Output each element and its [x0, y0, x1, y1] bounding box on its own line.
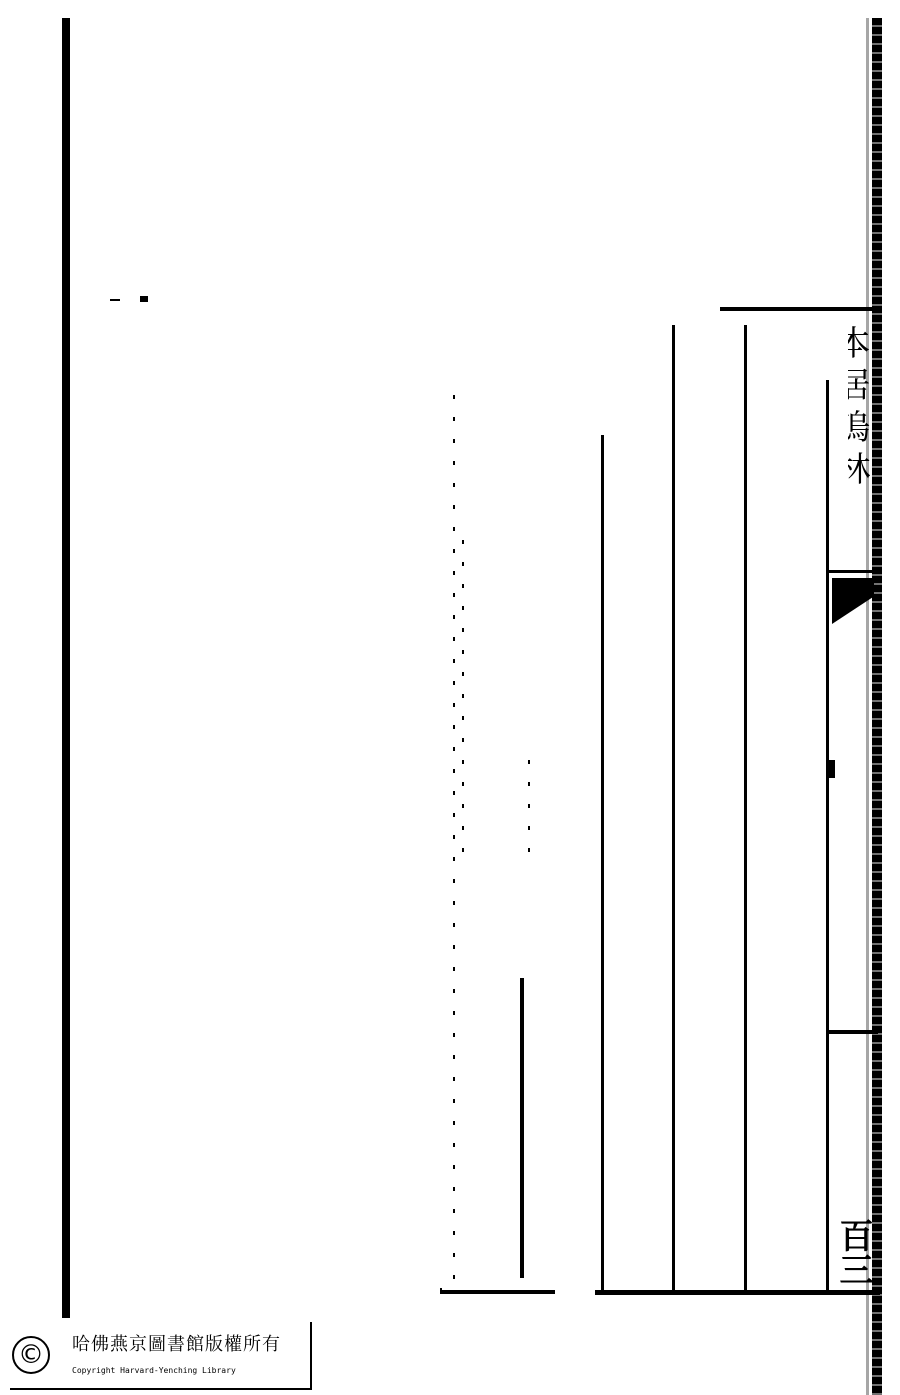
center-column-rule: [826, 380, 829, 1290]
column-rule: [672, 325, 675, 1290]
ink-speck: [440, 1288, 442, 1290]
column-rule: [520, 978, 524, 1278]
page-number: 百三: [826, 1218, 872, 1286]
frame-bottom-rule-left: [440, 1290, 555, 1294]
book-spine-shadow: [866, 18, 869, 1395]
ink-speck: [140, 296, 148, 302]
center-column-title: 本居嗚林: [848, 325, 878, 555]
copyright-symbol-icon: ©: [12, 1336, 50, 1374]
copyright-chinese-text: 哈佛燕京圖書館版權所有: [72, 1330, 281, 1356]
faint-column-rule: [528, 760, 530, 860]
fishtail-rule: [828, 570, 874, 573]
center-column-divider: [826, 1030, 878, 1034]
book-spine-edge: [872, 18, 882, 1395]
copyright-english-text: Copyright Harvard-Yenching Library: [72, 1366, 236, 1375]
ink-speck: [110, 299, 120, 301]
column-rule: [601, 435, 604, 1290]
faint-column-rule: [453, 395, 455, 1285]
ink-mark: [829, 760, 835, 778]
page-left-edge: [62, 18, 70, 1318]
frame-top-rule: [720, 307, 880, 311]
column-rule: [744, 325, 747, 1290]
frame-bottom-rule: [595, 1290, 880, 1295]
faint-column-rule: [462, 540, 464, 860]
